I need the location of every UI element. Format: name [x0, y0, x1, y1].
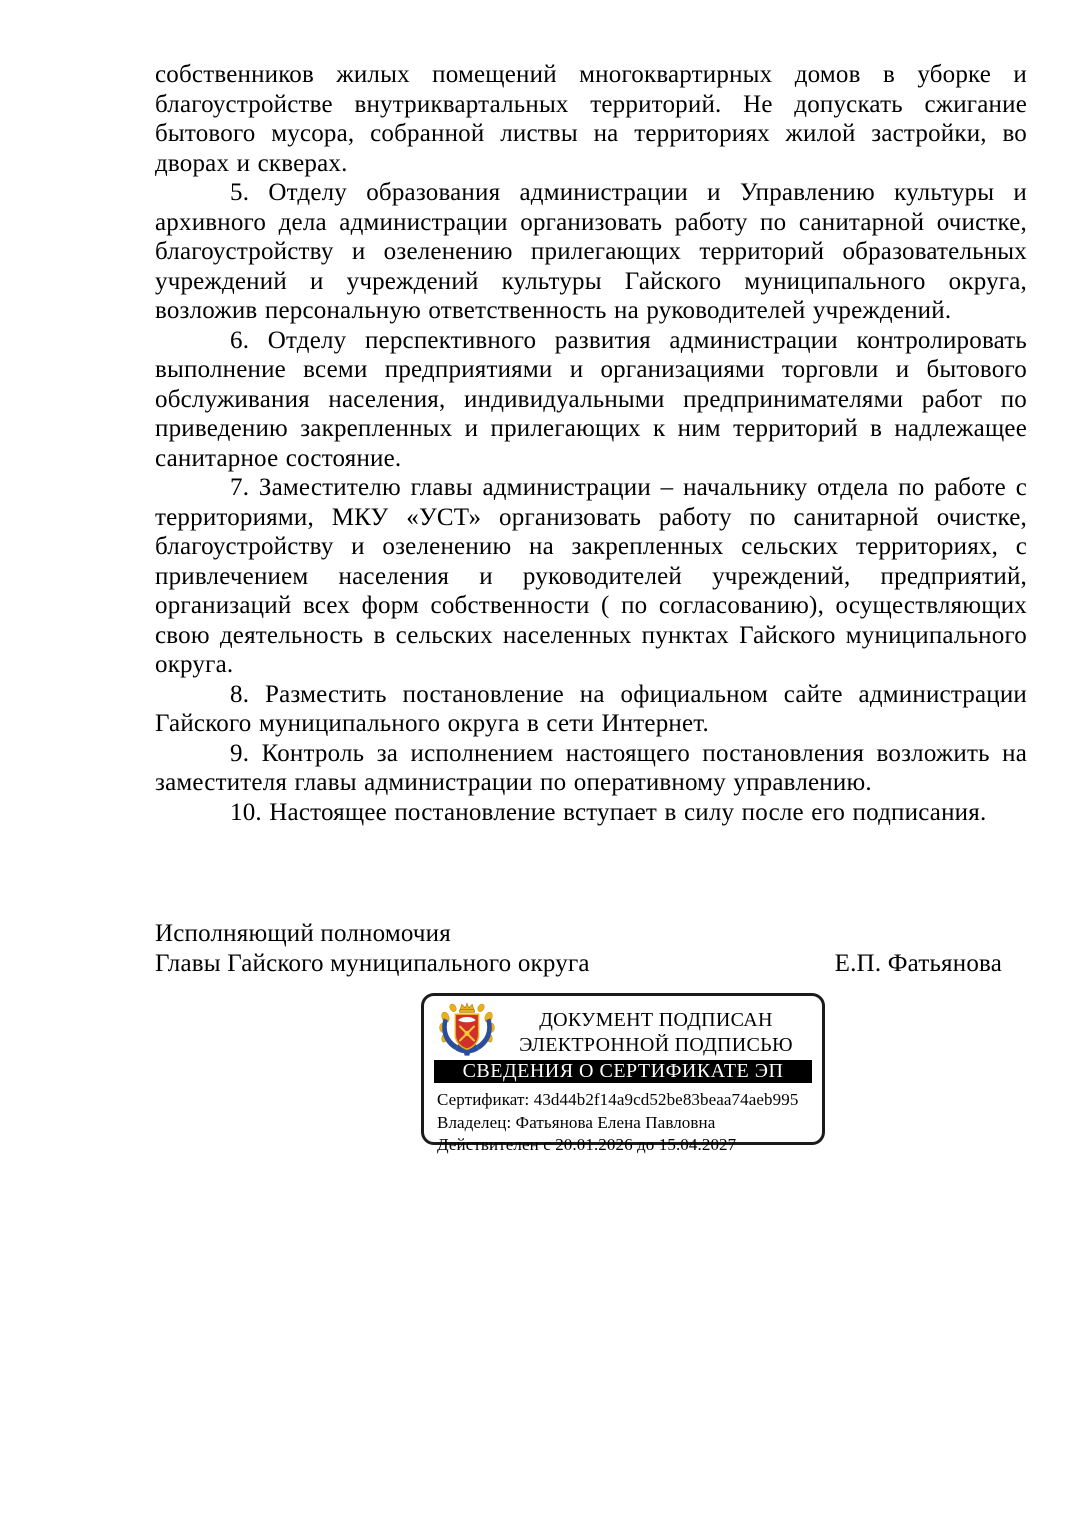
certificate-validity: Действителен с 20.01.2026 до 15.04.2027 [437, 1134, 810, 1157]
paragraph-item-6: 6. Отделу перспективного развития админи… [155, 326, 1027, 474]
certificate-details: Сертификат: 43d44b2f14a9cd52be83beaa74ae… [424, 1083, 822, 1157]
signature-block: Исполняющий полномочия Главы Гайского му… [155, 919, 1002, 978]
certificate-number: Сертификат: 43d44b2f14a9cd52be83beaa74ae… [437, 1089, 810, 1112]
electronic-signature-stamp: ДОКУМЕНТ ПОДПИСАН ЭЛЕКТРОННОЙ ПОДПИСЬЮ С… [421, 993, 825, 1145]
document-page: собственников жилых помещений многокварт… [0, 0, 1080, 1527]
stamp-title-line2: ЭЛЕКТРОННОЙ ПОДПИСЬЮ [498, 1033, 814, 1058]
paragraph-item-5: 5. Отделу образования администрации и Уп… [155, 178, 1027, 326]
signer-name: Е.П. Фатьянова [835, 949, 1002, 979]
stamp-header: ДОКУМЕНТ ПОДПИСАН ЭЛЕКТРОННОЙ ПОДПИСЬЮ [424, 996, 822, 1060]
certificate-info-band: СВЕДЕНИЯ О СЕРТИФИКАТЕ ЭП [434, 1060, 812, 1083]
paragraph-continuation: собственников жилых помещений многокварт… [155, 60, 1027, 178]
paragraph-item-9: 9. Контроль за исполнением настоящего по… [155, 739, 1027, 798]
orenburg-coat-of-arms-icon [436, 1002, 498, 1058]
paragraph-item-8: 8. Разместить постановление на официальн… [155, 680, 1027, 739]
paragraph-item-7: 7. Заместителю главы администрации – нач… [155, 473, 1027, 680]
signer-position-line2: Главы Гайского муниципального округа [155, 949, 590, 979]
document-body: собственников жилых помещений многокварт… [155, 60, 1027, 827]
certificate-owner: Владелец: Фатьянова Елена Павловна [437, 1112, 810, 1135]
paragraph-item-10: 10. Настоящее постановление вступает в с… [155, 798, 1027, 828]
stamp-title-line1: ДОКУМЕНТ ПОДПИСАН [498, 1008, 814, 1033]
stamp-title: ДОКУМЕНТ ПОДПИСАН ЭЛЕКТРОННОЙ ПОДПИСЬЮ [498, 1001, 814, 1058]
signer-position-line1: Исполняющий полномочия [155, 919, 1002, 949]
